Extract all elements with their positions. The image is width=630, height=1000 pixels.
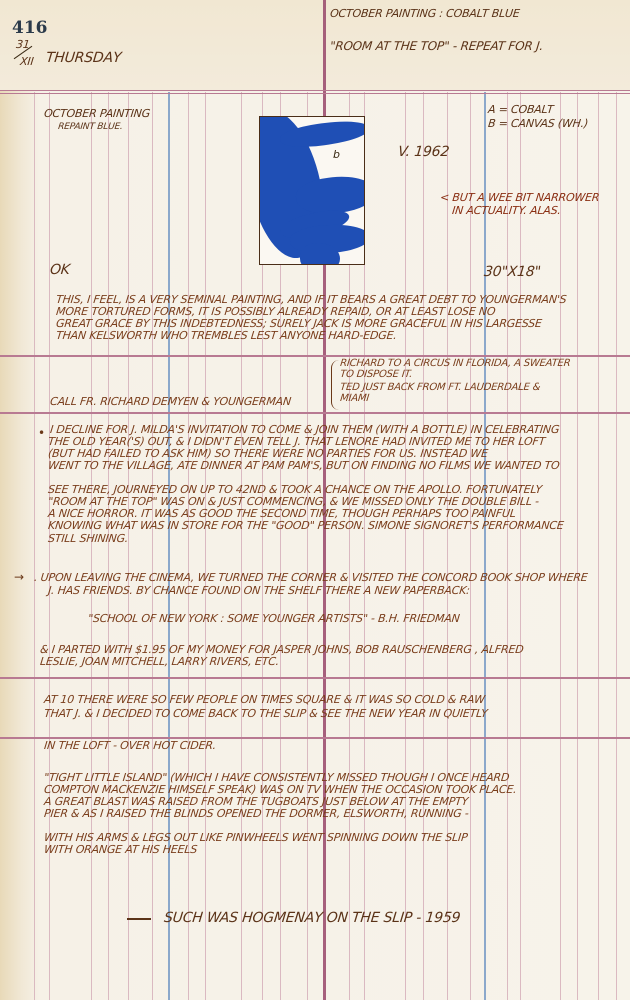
ruled-line — [405, 92, 406, 1000]
ruled-line — [108, 92, 109, 1000]
book-title-line: "SCHOOL OF NEW YORK : SOME YOUNGER ARTIS… — [87, 613, 460, 626]
ruled-line — [447, 92, 448, 1000]
ruled-line — [520, 92, 521, 1000]
entry-line: KNOWING WHAT WAS IN STORE FOR THE "GOOD"… — [47, 520, 564, 533]
painting-subtitle: REPAINT BLUE. — [57, 121, 123, 134]
entry-line: LESLIE, JOAN MITCHELL, LARRY RIVERS, ETC… — [39, 656, 279, 669]
ruled-line — [507, 92, 508, 1000]
reflection-line: THAN KELSWORTH WHO TREMBLES LEST ANYONE … — [55, 330, 397, 343]
ruled-line-blue — [484, 92, 486, 1000]
ruled-line — [128, 92, 129, 1000]
ruled-line — [560, 92, 561, 1000]
aside-note-2: IN ACTUALITY. ALAS. — [451, 205, 561, 218]
ok-mark: OK — [49, 262, 70, 278]
header-rule — [0, 90, 630, 94]
entry-line: WITH ORANGE AT HIS HEELS — [43, 844, 197, 857]
aside-note-1: < BUT A WEE BIT NARROWER — [439, 192, 600, 205]
section-rule — [0, 677, 630, 679]
ruled-line — [241, 92, 242, 1000]
ruled-line — [34, 92, 35, 1000]
ruled-line — [49, 92, 50, 1000]
arrow-icon: → — [14, 570, 24, 584]
date-day: 31 — [15, 39, 30, 52]
call-note: TO DISPOSE IT. — [339, 369, 412, 382]
sketch-date: v. 1962 — [397, 144, 450, 160]
entry-line: PIER & AS I RAISED THE BLINDS OPENED THE… — [43, 808, 469, 821]
legend-a: a = COBALT — [487, 104, 554, 117]
ruled-line — [616, 92, 617, 1000]
dimensions: 30"X18" — [483, 264, 541, 280]
bullet-mark: • — [38, 426, 45, 440]
page-number: 416 — [12, 18, 48, 38]
date-month: XII — [19, 56, 34, 69]
entry-line: IN THE LOFT - OVER HOT CIDER. — [43, 740, 216, 753]
ruled-line — [188, 92, 189, 1000]
section-rule — [0, 412, 630, 414]
sketch-label: b — [333, 148, 340, 161]
entry-line: AT 10 THERE WERE SO FEW PEOPLE ON TIMES … — [43, 694, 485, 707]
weekday: THURSDAY — [45, 50, 122, 66]
ruled-line — [91, 92, 92, 1000]
painting-title: OCTOBER PAINTING — [43, 108, 150, 121]
ruled-line — [598, 92, 599, 1000]
entry-line: STILL SHINING. — [47, 533, 128, 546]
call-note: MIAMI — [339, 393, 369, 406]
header-note-2: "ROOM AT THE TOP" - REPEAT FOR J. — [329, 40, 543, 53]
ruled-line — [423, 92, 424, 1000]
ruled-line — [470, 92, 471, 1000]
ruled-line — [152, 92, 153, 1000]
section-rule — [0, 355, 630, 357]
painting-sketch — [259, 116, 365, 265]
entry-line: J. HAS FRIENDS. BY CHANCE FOUND ON THE S… — [47, 585, 470, 598]
ruled-line — [205, 92, 206, 1000]
call-left: CALL FR. RICHARD DEMYEN & YOUNGERMAN — [49, 396, 291, 409]
ruled-line — [577, 92, 578, 1000]
entry-line: . UPON LEAVING THE CINEMA, WE TURNED THE… — [33, 572, 588, 585]
entry-line: WENT TO THE VILLAGE, ATE DINNER AT PAM P… — [47, 460, 560, 473]
ruled-line-blue — [168, 92, 170, 1000]
header-note-1: OCTOBER PAINTING : COBALT BLUE — [329, 8, 520, 21]
entry-line: THAT J. & I DECIDED TO COME BACK TO THE … — [43, 708, 488, 721]
closing-line: SUCH WAS HOGMENAY ON THE SLIP - 1959 — [163, 910, 461, 926]
legend-b: b = CANVAS (WH.) — [487, 118, 588, 131]
dash-mark — [127, 918, 151, 920]
journal-page: 416 31 XII THURSDAY OCTOBER PAINTING : C… — [0, 0, 630, 1000]
